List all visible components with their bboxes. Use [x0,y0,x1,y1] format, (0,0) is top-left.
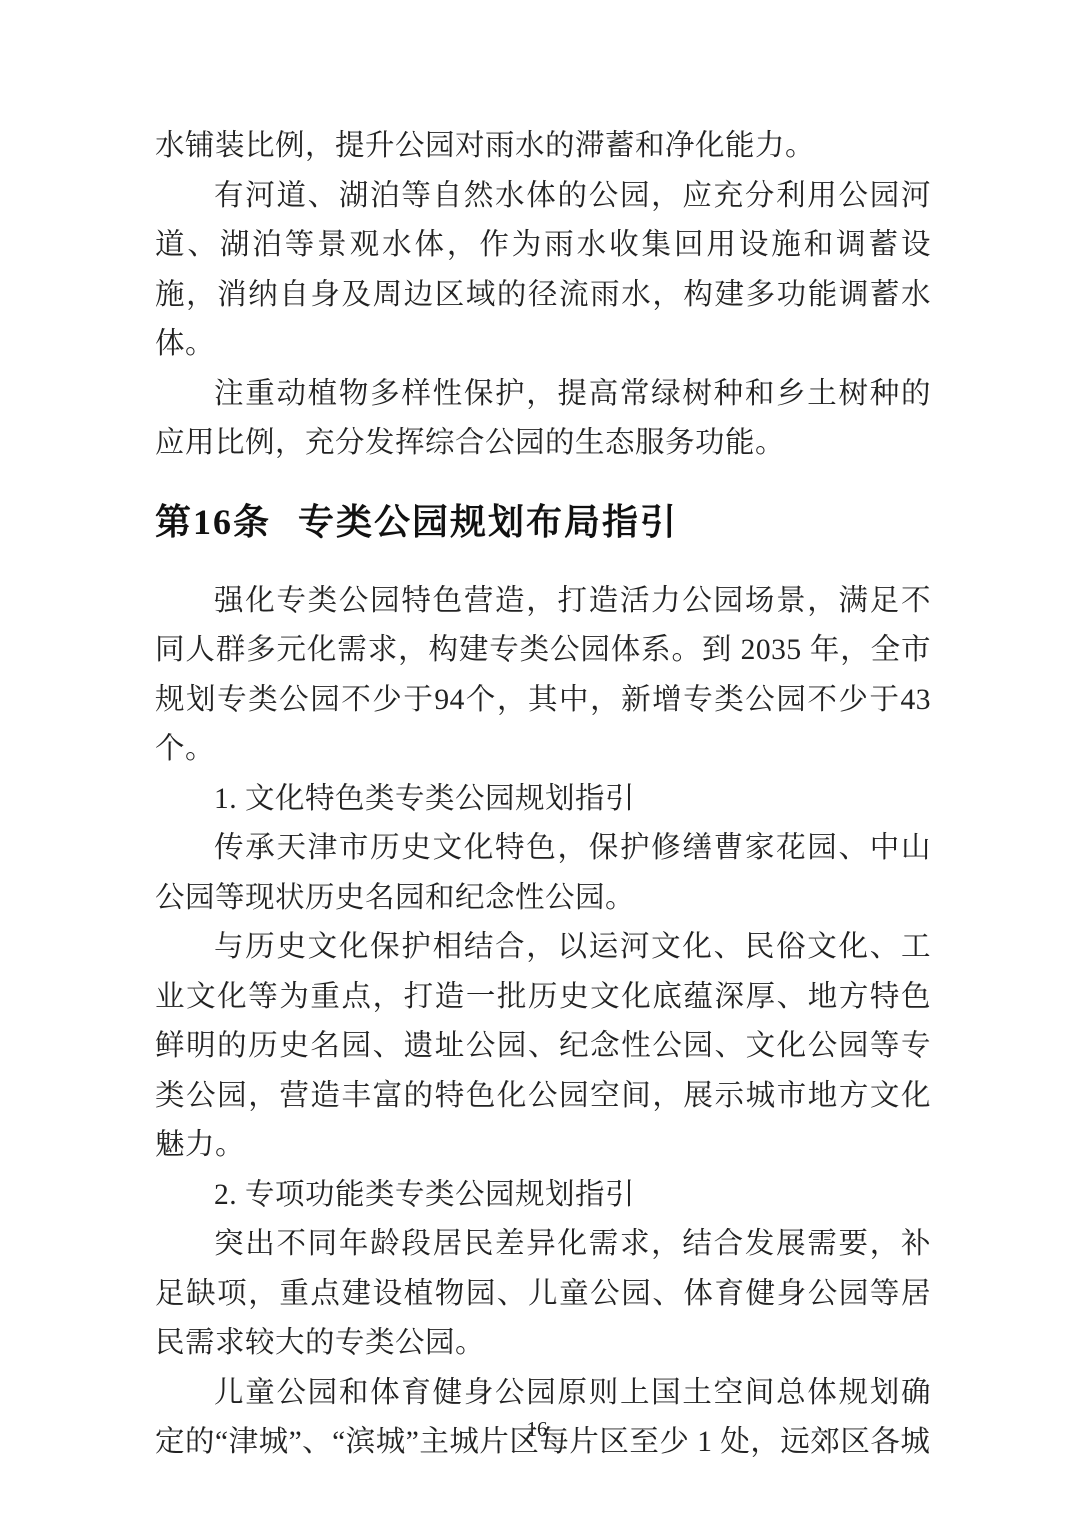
body-paragraph-continuation: 水铺装比例，提升公园对雨水的滞蓄和净化能力。 [155,122,931,172]
body-paragraph: 与历史文化保护相结合，以运河文化、民俗文化、工业文化等为重点，打造一批历史文化底… [155,923,931,1171]
body-paragraph: 突出不同年龄段居民差异化需求，结合发展需要，补足缺项，重点建设植物园、儿童公园、… [155,1220,931,1369]
document-page: 水铺装比例，提升公园对雨水的滞蓄和净化能力。 有河道、湖泊等自然水体的公园，应充… [0,0,1074,1520]
heading-title: 专类公园规划布局指引 [298,502,678,542]
body-paragraph: 有河道、湖泊等自然水体的公园，应充分利用公园河道、湖泊等景观水体，作为雨水收集回… [155,172,931,370]
body-paragraph: 强化专类公园特色营造，打造活力公园场景，满足不同人群多元化需求，构建专类公园体系… [155,577,931,775]
list-item-2: 2. 专项功能类专类公园规划指引 [155,1171,931,1221]
section-heading: 第16条 专类公园规划布局指引 [155,496,931,548]
heading-article-number: 第16条 [155,502,271,542]
list-item-1: 1. 文化特色类专类公园规划指引 [155,775,931,825]
page-content: 水铺装比例，提升公园对雨水的滞蓄和净化能力。 有河道、湖泊等自然水体的公园，应充… [155,122,931,1468]
body-paragraph: 传承天津市历史文化特色，保护修缮曹家花园、中山公园等现状历史名园和纪念性公园。 [155,824,931,923]
body-paragraph: 注重动植物多样性保护，提高常绿树种和乡土树种的应用比例，充分发挥综合公园的生态服… [155,370,931,469]
page-footer: 16 [0,1414,1074,1444]
page-number: 16 [527,1417,548,1441]
